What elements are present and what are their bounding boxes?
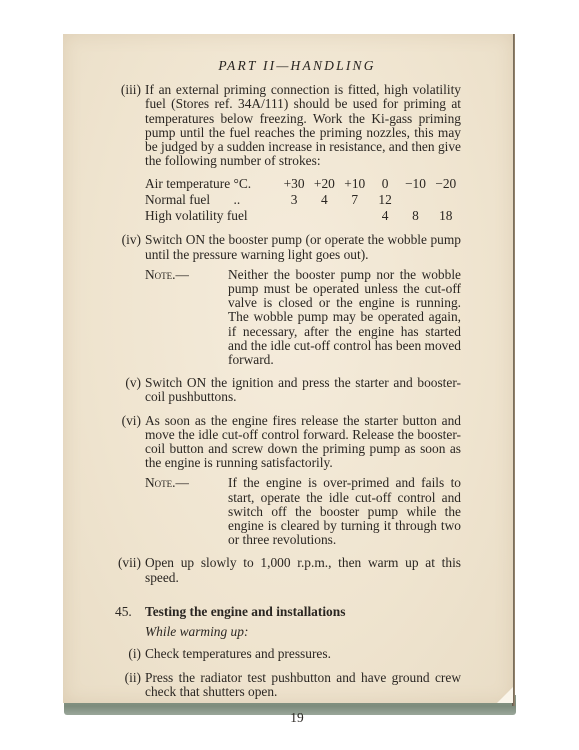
value-cell [400, 192, 430, 208]
section-number: 45. [107, 605, 149, 619]
value-cell [309, 208, 339, 224]
note-text: Neither the booster pump nor the wobble … [228, 267, 461, 367]
value-cell: 4 [370, 208, 400, 224]
note-text: If the engine is over-primed and fails t… [228, 475, 461, 547]
item-text: Open up slowly to 1,000 r.p.m., then war… [145, 555, 461, 584]
section-subheading: While warming up: [107, 625, 461, 639]
list-item-i: (i) Check temperatures and pressures. [107, 647, 461, 661]
item-text: If an external priming connection is fit… [145, 82, 461, 168]
note: Note.— Neither the booster pump nor the … [107, 268, 461, 367]
running-head: PART II—HANDLING [107, 59, 461, 73]
list-item-v: (v) Switch ON the ignition and press the… [107, 376, 461, 404]
value-cell [279, 208, 309, 224]
value-cell: 8 [400, 208, 430, 224]
value-cell [431, 192, 461, 208]
value-cell: 12 [370, 192, 400, 208]
item-number: (iv) [107, 233, 141, 247]
item-text: Press the radiator test pushbutton and h… [145, 670, 461, 699]
page-number: 19 [107, 711, 461, 725]
table-header-row: Air temperature °C. +30 +20 +10 0 −10 −2… [145, 176, 461, 192]
note: Note.— If the engine is over-primed and … [107, 476, 461, 547]
table-header-label: Air temperature °C. [145, 176, 279, 192]
value-cell: 4 [309, 192, 339, 208]
list-item-iv: (iv) Switch ON the booster pump (or oper… [107, 233, 461, 367]
value-cell: 18 [431, 208, 461, 224]
row-label: Normal fuel .. [145, 192, 279, 208]
item-number: (i) [107, 647, 141, 661]
section-heading: 45. Testing the engine and installations [107, 605, 461, 619]
item-number: (vi) [107, 414, 141, 428]
item-number: (ii) [107, 671, 141, 685]
table-row: Normal fuel .. 3 4 7 12 [145, 192, 461, 208]
temp-cell: −10 [400, 176, 430, 192]
item-number: (iii) [107, 83, 141, 97]
item-number: (vii) [107, 556, 141, 570]
temp-cell: −20 [431, 176, 461, 192]
table-row: High volatility fuel 4 8 18 [145, 208, 461, 224]
list-item-vii: (vii) Open up slowly to 1,000 r.p.m., th… [107, 556, 461, 584]
list-item-vi: (vi) As soon as the engine fires release… [107, 414, 461, 548]
item-text: As soon as the engine fires release the … [145, 413, 461, 471]
page-corner-fold [497, 687, 513, 703]
value-cell: 7 [340, 192, 370, 208]
row-label: High volatility fuel [145, 208, 279, 224]
value-cell: 3 [279, 192, 309, 208]
list-item-ii: (ii) Press the radiator test pushbutton … [107, 671, 461, 699]
temp-cell: +20 [309, 176, 339, 192]
value-cell [340, 208, 370, 224]
note-label: Note.— [145, 476, 189, 490]
temp-cell: +10 [340, 176, 370, 192]
temp-cell: 0 [370, 176, 400, 192]
page-content: PART II—HANDLING (iii) If an external pr… [107, 59, 461, 725]
manual-page: PART II—HANDLING (iii) If an external pr… [63, 34, 513, 703]
item-number: (v) [107, 376, 141, 390]
strokes-table: Air temperature °C. +30 +20 +10 0 −10 −2… [145, 176, 461, 224]
list-item-iii: (iii) If an external priming connection … [107, 83, 461, 224]
note-label: Note.— [145, 268, 189, 282]
item-text: Switch ON the ignition and press the sta… [145, 375, 461, 404]
item-text: Switch ON the booster pump (or operate t… [145, 232, 461, 261]
item-text: Check temperatures and pressures. [145, 646, 331, 661]
temp-cell: +30 [279, 176, 309, 192]
section-title: Testing the engine and installations [145, 604, 345, 619]
